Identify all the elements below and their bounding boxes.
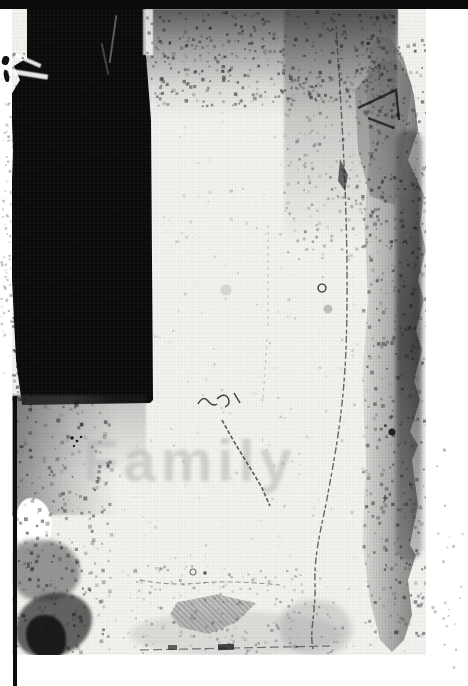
scan-marks-overlay <box>12 9 426 655</box>
left-spine-line <box>13 396 17 686</box>
speck-cluster <box>70 436 82 447</box>
ring-mark <box>318 284 326 292</box>
margin-speckles <box>0 0 1 1</box>
grain-speckles <box>12 9 13 10</box>
bottom-ring-mark <box>190 569 196 575</box>
scan-top-border <box>0 0 468 9</box>
flap-dark-mark <box>358 90 399 128</box>
left-margin-mark <box>2 56 12 86</box>
book-cover-page: Family <box>12 9 426 655</box>
scribble-mark <box>198 393 240 407</box>
faint-fold-line <box>263 225 268 401</box>
bottom-edge-clump <box>168 645 177 650</box>
gray-smudge <box>221 285 232 296</box>
diagonal-scratch <box>222 420 270 506</box>
scanned-book-cover: Family <box>0 0 468 686</box>
crease-clump <box>338 159 348 191</box>
bottom-scribble-line <box>140 580 280 585</box>
gray-blob <box>324 305 333 314</box>
vertical-crease-line <box>312 26 347 649</box>
band-speck <box>383 495 388 501</box>
bottom-dot-mark <box>203 571 206 574</box>
bottom-edge-clump <box>218 644 234 651</box>
band-speck <box>388 428 395 435</box>
